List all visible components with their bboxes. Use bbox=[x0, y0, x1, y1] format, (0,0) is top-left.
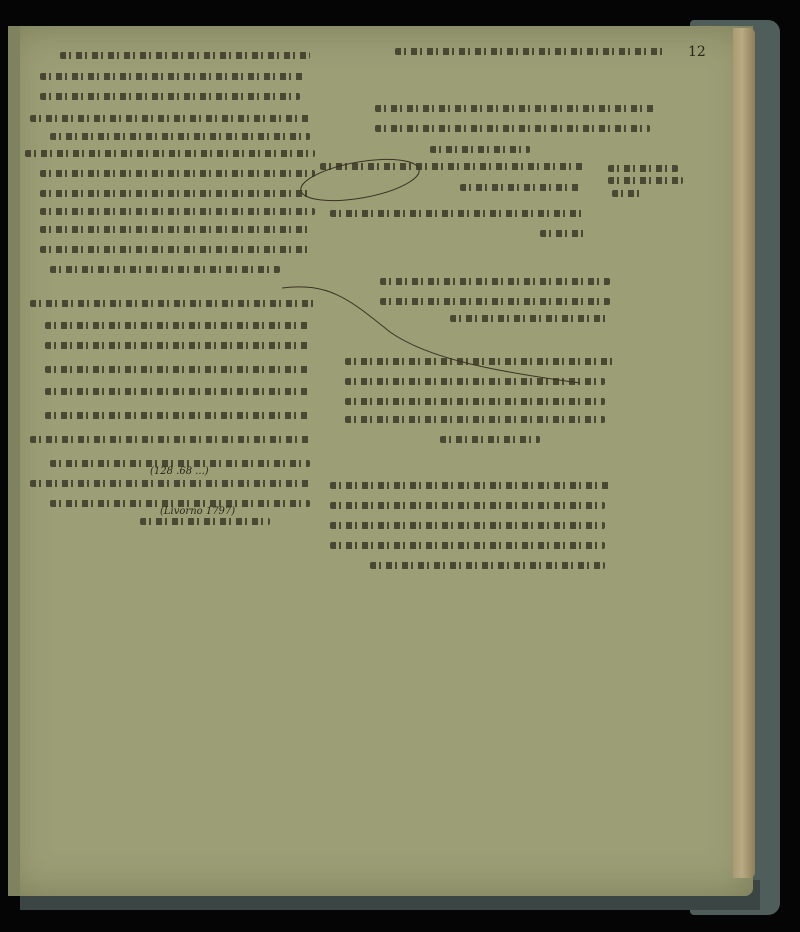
connector-line bbox=[0, 0, 800, 932]
